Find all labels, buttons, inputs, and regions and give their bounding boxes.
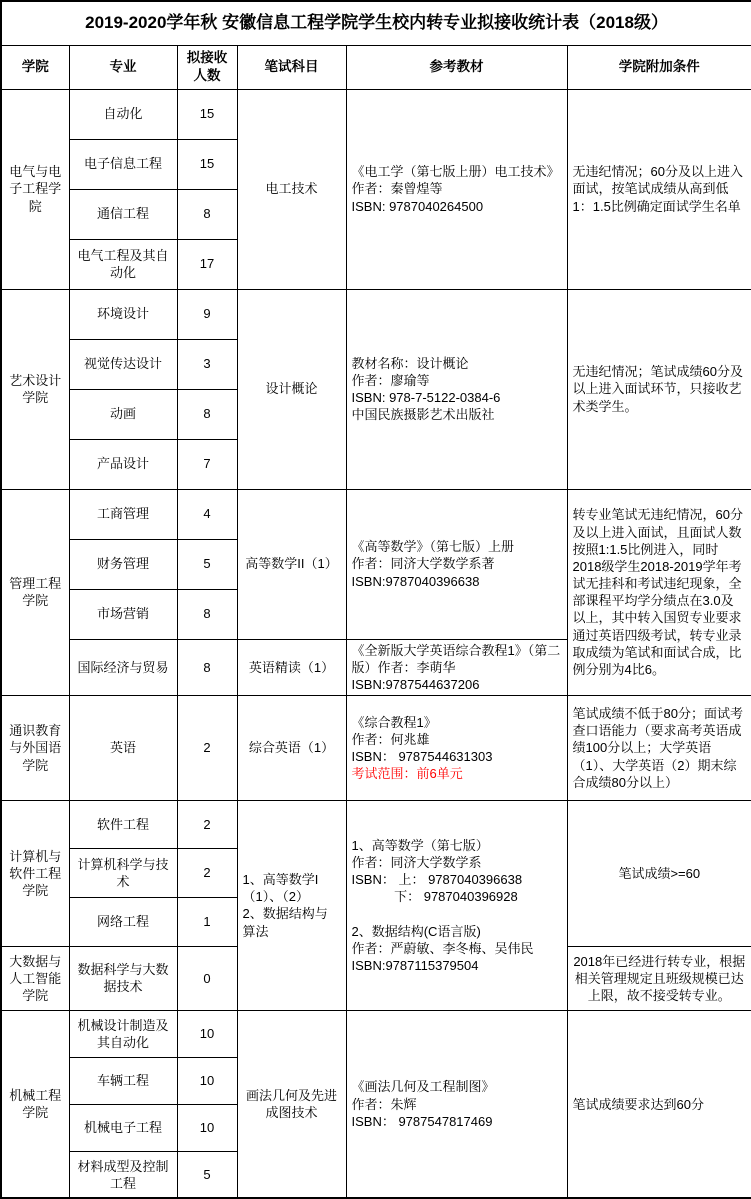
materials-cell: 教材名称：设计概论 作者：廖瑜等 ISBN: 978-7-5122-0384-6… (346, 289, 567, 489)
subject-cell: 高等数学II（1） (237, 489, 346, 639)
major-cell: 产品设计 (69, 439, 177, 489)
transfer-table-sheet: 2019-2020学年秋 安徽信息工程学院学生校内转专业拟接收统计表（2018级… (0, 0, 751, 1199)
major-cell: 软件工程 (69, 800, 177, 848)
condition-cell: 笔试成绩要求达到60分 (567, 1010, 751, 1198)
quota-cell: 7 (177, 439, 237, 489)
major-cell: 数据科学与大数据技术 (69, 946, 177, 1010)
quota-cell: 5 (177, 539, 237, 589)
quota-cell: 8 (177, 589, 237, 639)
major-cell: 国际经济与贸易 (69, 639, 177, 695)
major-cell: 市场营销 (69, 589, 177, 639)
major-cell: 英语 (69, 695, 177, 800)
major-cell: 自动化 (69, 89, 177, 139)
quota-cell: 2 (177, 695, 237, 800)
transfer-statistics-table: 2019-2020学年秋 安徽信息工程学院学生校内转专业拟接收统计表（2018级… (0, 0, 751, 1199)
quota-cell: 8 (177, 389, 237, 439)
header-major: 专业 (69, 45, 177, 89)
subject-cell: 1、高等数学I （1）、（2） 2、数据结构与算法 (237, 800, 346, 1010)
quota-cell: 1 (177, 897, 237, 946)
quota-cell: 0 (177, 946, 237, 1010)
materials-cell: 1、高等数学（第七版） 作者：同济大学数学系 ISBN： 上： 97870403… (346, 800, 567, 1010)
quota-cell: 10 (177, 1057, 237, 1104)
college-cell: 大数据与人工智能学院 (1, 946, 69, 1010)
major-cell: 机械设计制造及其自动化 (69, 1010, 177, 1057)
subject-cell: 设计概论 (237, 289, 346, 489)
major-cell: 电气工程及其自动化 (69, 239, 177, 289)
subject-cell: 英语精读（1） (237, 639, 346, 695)
quota-cell: 8 (177, 189, 237, 239)
condition-cell: 笔试成绩不低于80分；面试考查口语能力（要求高考英语成绩100分以上；大学英语（… (567, 695, 751, 800)
major-cell: 工商管理 (69, 489, 177, 539)
condition-cell: 笔试成绩>=60 (567, 800, 751, 946)
condition-cell: 转专业笔试无违纪情况，60分及以上进入面试，且面试人数按照1:1.5比例进入，同… (567, 489, 751, 695)
header-quota: 拟接收人数 (177, 45, 237, 89)
major-cell: 环境设计 (69, 289, 177, 339)
college-cell: 电气与电子工程学院 (1, 89, 69, 289)
major-cell: 机械电子工程 (69, 1104, 177, 1151)
condition-cell: 2018年已经进行转专业，根据相关管理规定且班级规模已达上限，故不接受转专业。 (567, 946, 751, 1010)
materials-cell: 《高等数学》（第七版）上册 作者：同济大学数学系著 ISBN:978704039… (346, 489, 567, 639)
college-cell: 通识教育与外国语学院 (1, 695, 69, 800)
quota-cell: 9 (177, 289, 237, 339)
header-materials: 参考教材 (346, 45, 567, 89)
major-cell: 计算机科学与技术 (69, 848, 177, 897)
condition-cell: 无违纪情况；笔试成绩60分及以上进入面试环节，只接收艺术类学生。 (567, 289, 751, 489)
major-cell: 材料成型及控制工程 (69, 1151, 177, 1198)
quota-cell: 4 (177, 489, 237, 539)
major-cell: 网络工程 (69, 897, 177, 946)
quota-cell: 15 (177, 89, 237, 139)
college-cell: 艺术设计学院 (1, 289, 69, 489)
materials-cell: 《画法几何及工程制图》 作者：朱辉 ISBN： 9787547817469 (346, 1010, 567, 1198)
major-cell: 财务管理 (69, 539, 177, 589)
major-cell: 车辆工程 (69, 1057, 177, 1104)
subject-cell: 综合英语（1） (237, 695, 346, 800)
materials-cell: 《综合教程1》 作者：何兆雄 ISBN： 9787544631303 考试范围：… (346, 695, 567, 800)
college-cell: 管理工程学院 (1, 489, 69, 695)
quota-cell: 10 (177, 1104, 237, 1151)
table-title: 2019-2020学年秋 安徽信息工程学院学生校内转专业拟接收统计表（2018级… (1, 1, 751, 45)
major-cell: 视觉传达设计 (69, 339, 177, 389)
quota-cell: 2 (177, 848, 237, 897)
quota-cell: 5 (177, 1151, 237, 1198)
header-subject: 笔试科目 (237, 45, 346, 89)
subject-cell: 电工技术 (237, 89, 346, 289)
college-cell: 计算机与软件工程学院 (1, 800, 69, 946)
quota-cell: 3 (177, 339, 237, 389)
materials-cell: 《电工学（第七版上册）电工技术》 作者：秦曾煌等 ISBN: 978704026… (346, 89, 567, 289)
college-cell: 机械工程学院 (1, 1010, 69, 1198)
major-cell: 通信工程 (69, 189, 177, 239)
major-cell: 电子信息工程 (69, 139, 177, 189)
header-conditions: 学院附加条件 (567, 45, 751, 89)
quota-cell: 2 (177, 800, 237, 848)
quota-cell: 8 (177, 639, 237, 695)
quota-cell: 17 (177, 239, 237, 289)
subject-cell: 画法几何及先进成图技术 (237, 1010, 346, 1198)
condition-cell: 无违纪情况；60分及以上进入面试，按笔试成绩从高到低1：1.5比例确定面试学生名… (567, 89, 751, 289)
exam-range-note: 考试范围：前6单元 (352, 765, 562, 782)
quota-cell: 10 (177, 1010, 237, 1057)
materials-cell: 《全新版大学英语综合教程1》（第二版）作者：李萌华 ISBN:978754463… (346, 639, 567, 695)
materials-text: 《综合教程1》 作者：何兆雄 ISBN： 9787544631303 (352, 714, 562, 765)
quota-cell: 15 (177, 139, 237, 189)
header-college: 学院 (1, 45, 69, 89)
major-cell: 动画 (69, 389, 177, 439)
